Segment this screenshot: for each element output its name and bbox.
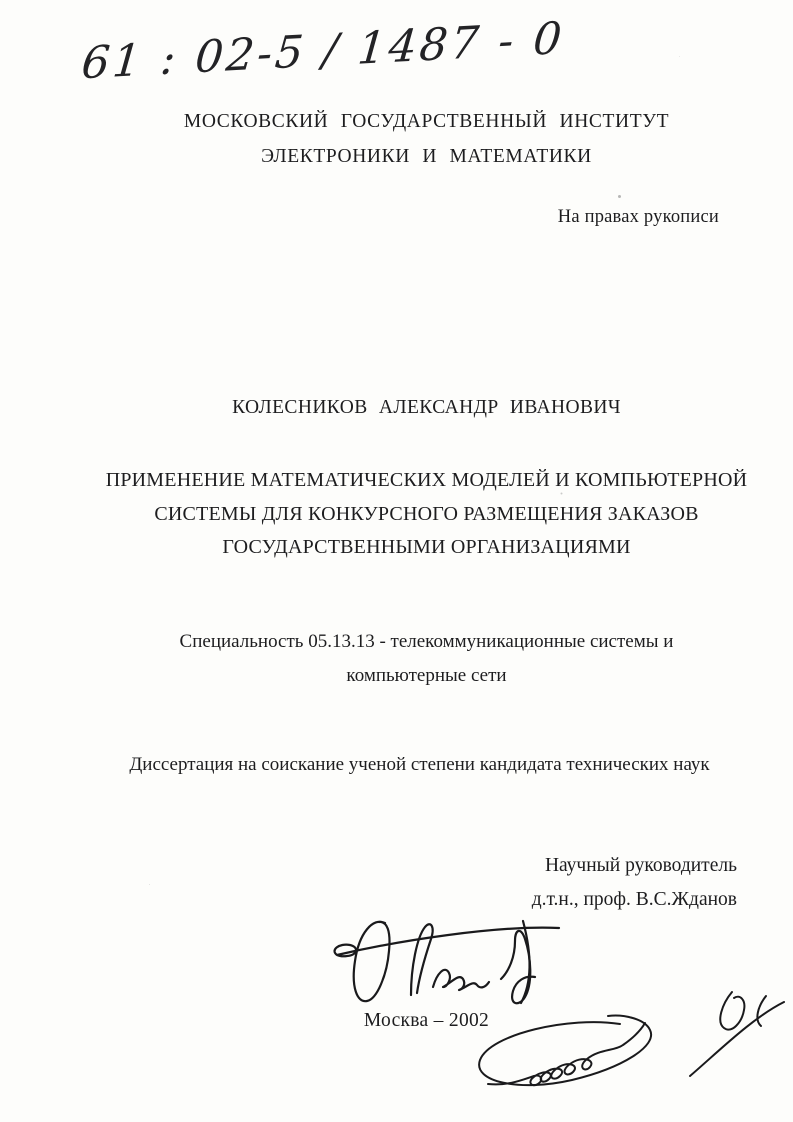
specialty: Специальность 05.13.13 - телекоммуникаци… (62, 625, 791, 693)
dissertation-title: ПРИМЕНЕНИЕ МАТЕМАТИЧЕСКИХ МОДЕЛЕЙ И КОМП… (62, 464, 791, 565)
catalog-number-handwritten: 61 : 02-5 / 1487 - 0 (80, 13, 564, 89)
dissertation-title-page: 61 : 02-5 / 1487 - 0 МОСКОВСКИЙ ГОСУДАРС… (0, 0, 793, 1122)
author-name: КОЛЕСНИКОВ АЛЕКСАНДР ИВАНОВИЧ (62, 397, 791, 419)
specialty-line-1: Специальность 05.13.13 - телекоммуникаци… (62, 625, 791, 659)
title-line-2: СИСТЕМЫ ДЛЯ КОНКУРСНОГО РАЗМЕЩЕНИЯ ЗАКАЗ… (62, 498, 791, 532)
title-line-1: ПРИМЕНЕНИЕ МАТЕМАТИЧЕСКИХ МОДЕЛЕЙ И КОМП… (62, 464, 791, 498)
institute-line-2: ЭЛЕКТРОНИКИ И МАТЕМАТИКИ (62, 139, 791, 174)
thesis-statement: Диссертация на соискание ученой степени … (48, 754, 791, 776)
title-line-3: ГОСУДАРСТВЕННЫМИ ОРГАНИЗАЦИЯМИ (62, 531, 791, 565)
supervisor-label: Научный руководитель (532, 849, 737, 883)
scan-noise-specks (618, 195, 621, 198)
manuscript-rights-note: На правах рукописи (558, 207, 719, 228)
approval-signature (450, 990, 790, 1092)
institute-line-1: МОСКОВСКИЙ ГОСУДАРСТВЕННЫЙ ИНСТИТУТ (62, 104, 791, 139)
institute-name: МОСКОВСКИЙ ГОСУДАРСТВЕННЫЙ ИНСТИТУТ ЭЛЕК… (62, 104, 791, 174)
specialty-line-2: компьютерные сети (62, 659, 791, 693)
